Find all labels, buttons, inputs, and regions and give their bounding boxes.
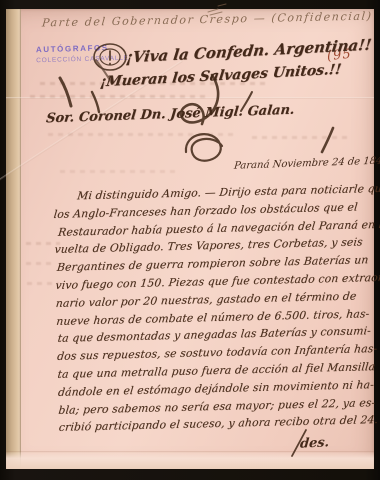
stamp-line-1: AUTÓGRAFOS: [36, 43, 129, 54]
bleed-through-marks: [252, 136, 348, 139]
paper-left-edge: [6, 9, 21, 469]
photo-background: Parte del Gobernador Crespo — (Confidenc…: [0, 0, 380, 480]
letter-body: Mi distinguido Amigo. — Dirijo esta para…: [53, 180, 375, 437]
bleed-through-marks: [26, 262, 56, 265]
collection-stamp: AUTÓGRAFOS COLECCIÓN CASAVALLE: [36, 43, 129, 64]
bleed-through-marks: [30, 95, 210, 98]
bleed-through-marks: [60, 170, 180, 173]
bleed-through-marks: [48, 133, 238, 136]
paper-bottom-edge: [6, 451, 374, 469]
catchword: des.: [299, 435, 329, 452]
bleed-through-marks: [27, 282, 59, 285]
